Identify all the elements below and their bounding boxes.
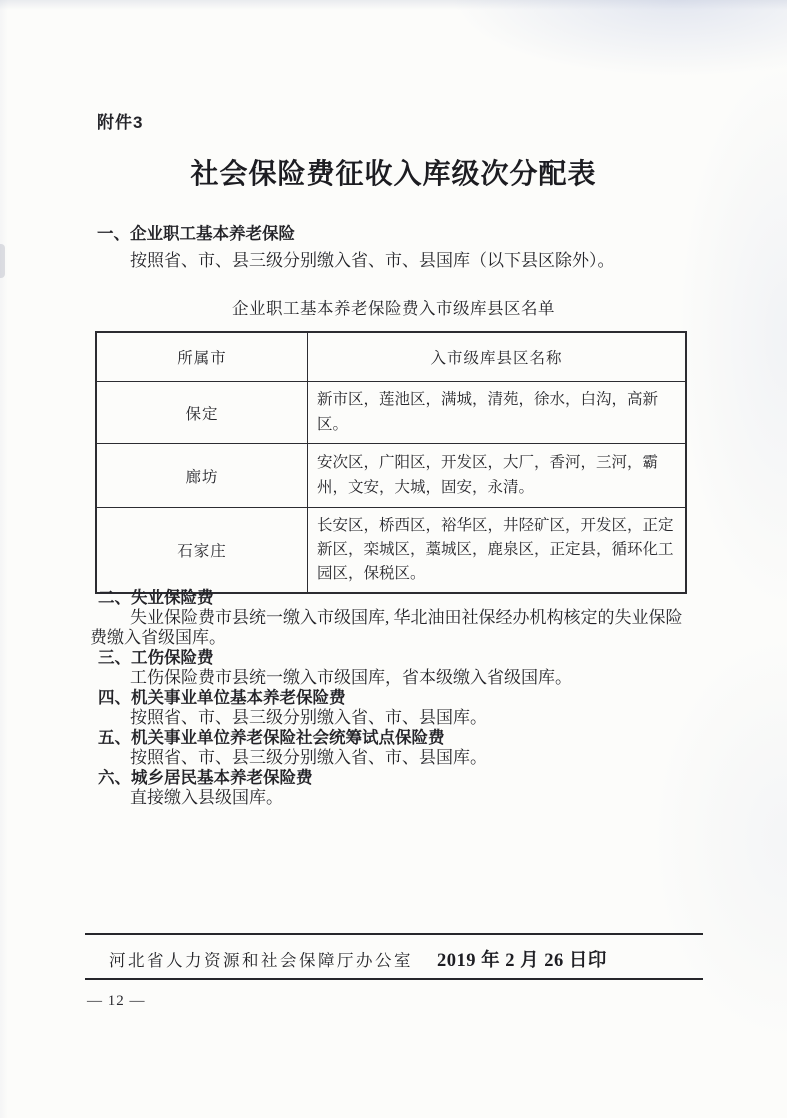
section-body-5: 按照省、市、县三级分别缴入省、市、县国库。 xyxy=(90,748,698,768)
table-header-city: 所属市 xyxy=(96,332,308,382)
districts-cell-langfang: 安次区，广阳区，开发区，大厂，香河，三河，霸州，文安，大城，固安，永清。 xyxy=(308,444,687,508)
section-heading-5: 五、机关事业单位养老保险社会统筹试点保险费 xyxy=(98,728,698,748)
attachment-label: 附件3 xyxy=(97,108,143,133)
districts-cell-baoding: 新市区，莲池区，满城，清苑，徐水，白沟，高新区。 xyxy=(308,382,687,444)
scanned-document-page: 附件3 社会保险费征收入库级次分配表 一、企业职工基本养老保险 按照省、市、县三… xyxy=(0,0,787,1118)
footer-rule-bottom xyxy=(85,978,703,980)
numbered-sections: 二、失业保险费 失业保险费市县统一缴入市级国库, 华北油田社保经办机构核定的失业… xyxy=(90,588,698,808)
section-body-1: 按照省、市、县三级分别缴入省、市、县国库（以下县区除外）。 xyxy=(90,251,698,271)
scan-edge-artifact xyxy=(0,244,5,278)
table-row-langfang: 廊坊 安次区，广阳区，开发区，大厂，香河，三河，霸州，文安，大城，固安，永清。 xyxy=(96,444,686,508)
table-header-row: 所属市 入市级库县区名称 xyxy=(96,332,686,382)
print-date: 2019 年 2 月 26 日印 xyxy=(437,946,607,972)
table-caption: 企业职工基本养老保险费入市级库县区名单 xyxy=(0,295,787,319)
section-heading-2: 二、失业保险费 xyxy=(98,588,698,608)
table-row-shijiazhuang: 石家庄 长安区，桥西区，裕华区，井陉矿区，开发区，正定新区，栾城区，藁城区，鹿泉… xyxy=(96,508,686,594)
table-header-districts: 入市级库县区名称 xyxy=(308,332,687,382)
section-heading-6: 六、城乡居民基本养老保险费 xyxy=(98,768,698,788)
section-body-2: 失业保险费市县统一缴入市级国库, 华北油田社保经办机构核定的失业保险费缴入省级国… xyxy=(90,608,698,648)
page-number: — 12 — xyxy=(87,993,146,1010)
section-body-6: 直接缴入县级国库。 xyxy=(90,788,698,808)
city-cell-langfang: 廊坊 xyxy=(96,444,308,508)
city-cell-shijiazhuang: 石家庄 xyxy=(96,508,308,594)
section-heading-4: 四、机关事业单位基本养老保险费 xyxy=(98,688,698,708)
city-cell-baoding: 保定 xyxy=(96,382,308,444)
section-body-4: 按照省、市、县三级分别缴入省、市、县国库。 xyxy=(90,708,698,728)
table-row-baoding: 保定 新市区，莲池区，满城，清苑，徐水，白沟，高新区。 xyxy=(96,382,686,444)
districts-cell-shijiazhuang: 长安区，桥西区，裕华区，井陉矿区，开发区，正定新区，栾城区，藁城区，鹿泉区，正定… xyxy=(308,508,687,594)
section-body-3: 工伤保险费市县统一缴入市级国库，省本级缴入省级国库。 xyxy=(90,668,698,688)
document-title: 社会保险费征收入库级次分配表 xyxy=(0,152,787,192)
issuer-name: 河北省人力资源和社会保障厅办公室 xyxy=(109,947,413,971)
distribution-table: 所属市 入市级库县区名称 保定 新市区，莲池区，满城，清苑，徐水，白沟，高新区。… xyxy=(95,331,687,594)
footer-row: 河北省人力资源和社会保障厅办公室 2019 年 2 月 26 日印 xyxy=(85,940,703,978)
section-heading-1: 一、企业职工基本养老保险 xyxy=(97,220,295,244)
footer-rule-top xyxy=(85,933,703,935)
section-heading-3: 三、工伤保险费 xyxy=(98,648,698,668)
